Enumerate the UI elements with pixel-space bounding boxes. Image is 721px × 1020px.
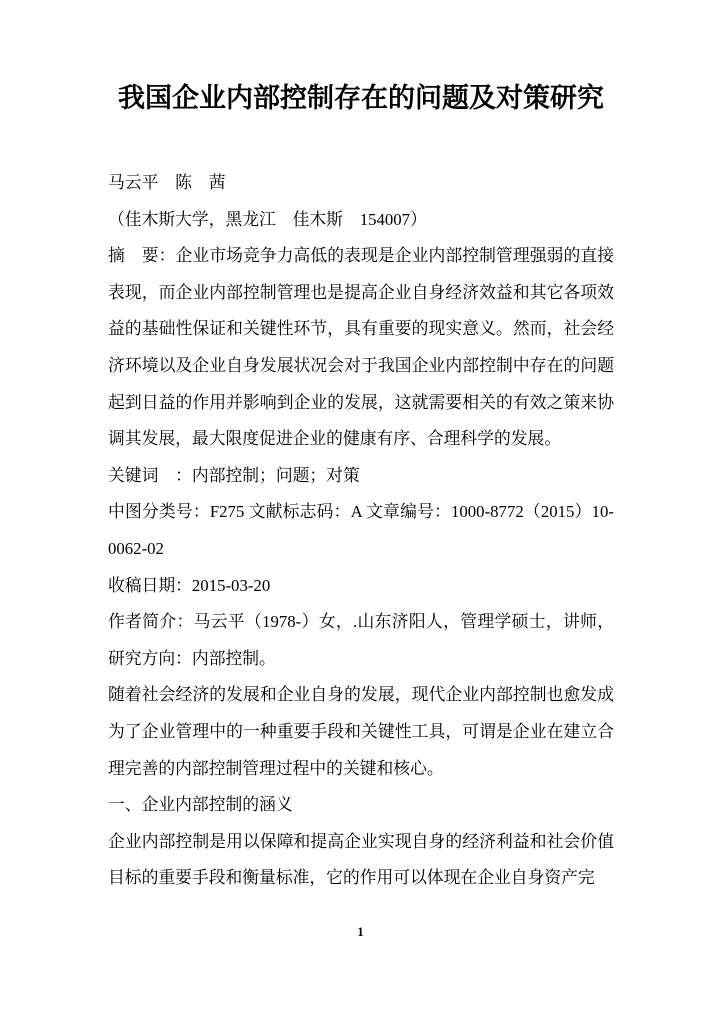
- section-1-paragraph: 企业内部控制是用以保障和提高企业实现自身的经济利益和社会价值目标的重要手段和衡量…: [108, 824, 614, 897]
- received-date-line: 收稿日期：2015-03-20: [108, 568, 614, 605]
- abstract-paragraph: 摘 要：企业市场竞争力高低的表现是企业内部控制管理强弱的直接表现，而企业内部控制…: [108, 238, 614, 458]
- classification-line: 中图分类号：F275 文献标志码：A 文章编号：1000-8772（2015）1…: [108, 494, 614, 567]
- paper-page: 我国企业内部控制存在的问题及对策研究 马云平 陈 茜 （佳木斯大学，黑龙江 佳木…: [0, 0, 721, 1020]
- paper-title: 我国企业内部控制存在的问题及对策研究: [108, 78, 614, 118]
- author-bio-line: 作者简介：马云平（1978-）女，.山东济阳人，管理学硕士，讲师，研究方向：内部…: [108, 604, 614, 677]
- page-number: 1: [0, 925, 721, 940]
- page-content: 我国企业内部控制存在的问题及对策研究 马云平 陈 茜 （佳木斯大学，黑龙江 佳木…: [108, 0, 614, 897]
- section-1-heading: 一、企业内部控制的涵义: [108, 787, 614, 824]
- affiliation-line: （佳木斯大学，黑龙江 佳木斯 154007）: [108, 202, 614, 239]
- keywords-line: 关键词 ：内部控制；问题；对策: [108, 458, 614, 495]
- intro-paragraph: 随着社会经济的发展和企业自身的发展，现代企业内部控制也愈发成为了企业管理中的一种…: [108, 677, 614, 787]
- authors-line: 马云平 陈 茜: [108, 165, 614, 202]
- paper-body: 马云平 陈 茜 （佳木斯大学，黑龙江 佳木斯 154007） 摘 要：企业市场竞…: [108, 165, 614, 897]
